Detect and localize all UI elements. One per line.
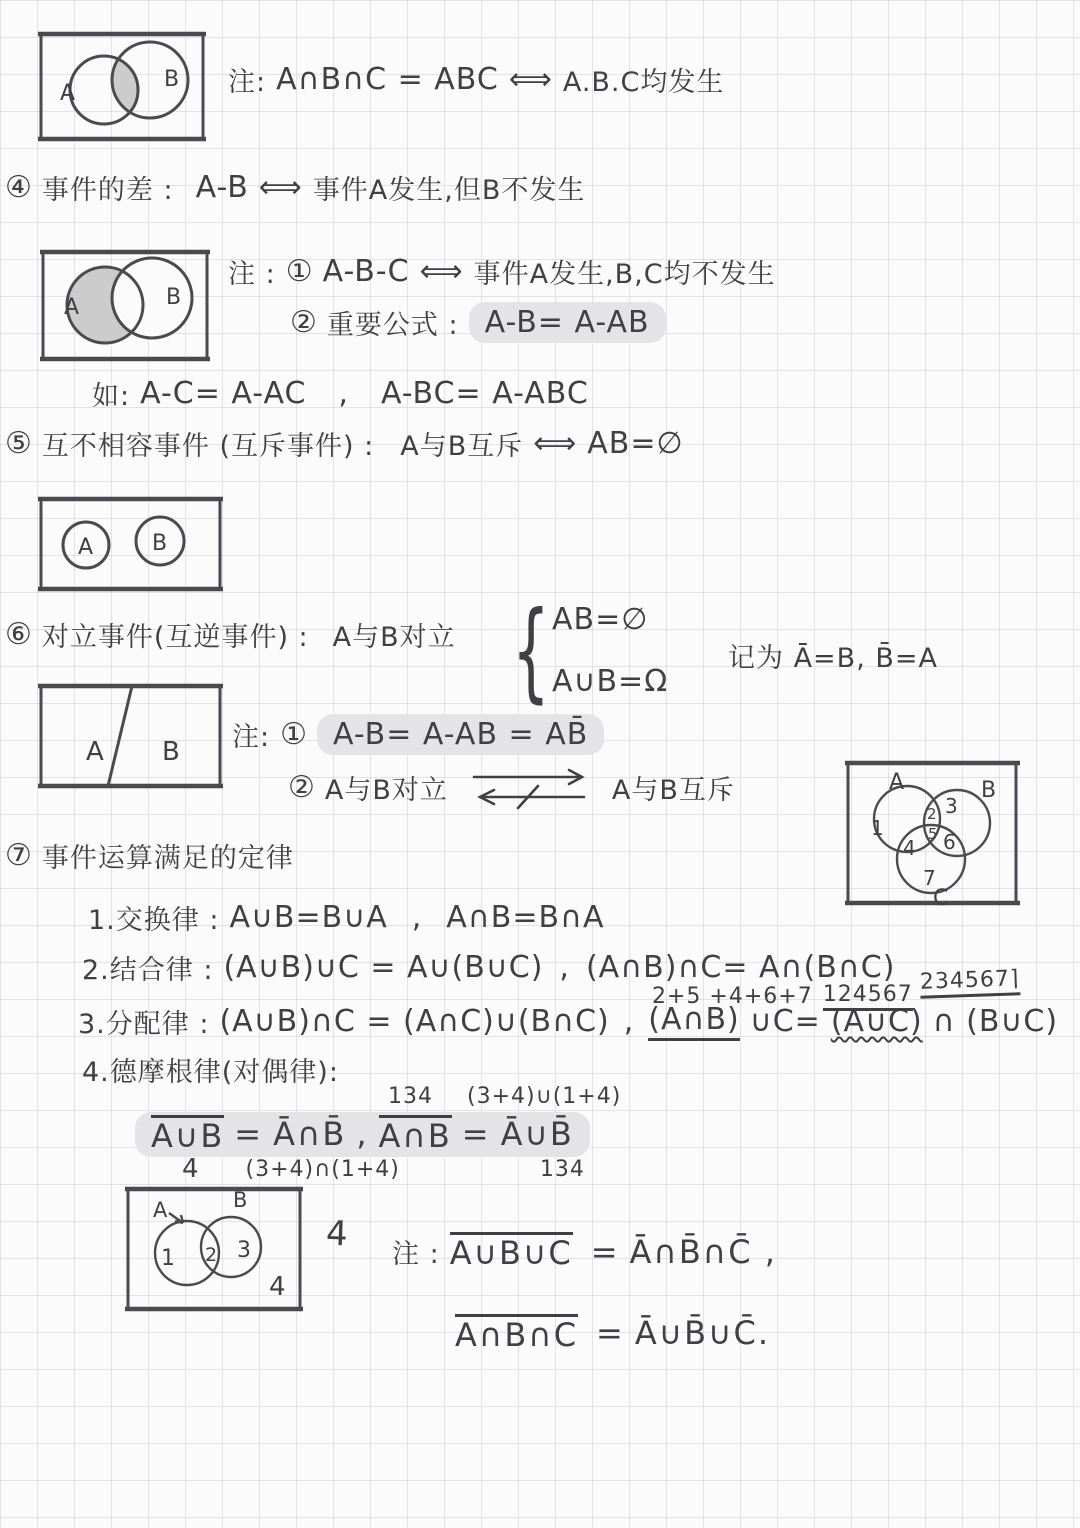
venn7-label-a: A [889,770,904,795]
example-label: 如: [92,374,130,413]
law2-annotation-right: 234567⌉ [920,966,1021,998]
venn7-region-4: 4 [903,836,916,860]
dm-rhs1: Ā∩B̄ [273,1115,346,1153]
venn6-region-1: 1 [161,1246,175,1271]
section6-note1: 注: ① A-B= A-AB = AB̄ [232,714,604,755]
demorgan-highlight: A∪B = Ā∩B̄ , A∩B = Ā∪B̄ [135,1112,590,1157]
note-label: 注: [232,715,270,754]
annotation-134: 134 [388,1084,433,1109]
venn6-region-2: 2 [205,1244,217,1266]
handwritten-notes-page: A B 注: A∩B∩C = ABC ⟺ A.B.C均发生 ④ 事件的差 : A… [0,0,1080,1528]
iff-arrow-icon: ⟺ [533,426,577,461]
note1-desc: 事件A发生,B,C均不发生 [474,252,776,291]
venn-disjoint: A B [38,495,223,593]
section5-condition: A与B互斥 [400,424,523,463]
section6-number: ⑥ [5,617,32,652]
note2-title: 重要公式 : [327,303,459,342]
section4-note1: 注 : ① A-B-C ⟺ 事件A发生,B,C均不发生 [228,252,776,291]
note-label: 注: [228,60,266,99]
section6-title: 对立事件(互逆事件) : [42,615,309,654]
note-label: 注 : [228,252,276,291]
final-rhs2: Ā∪B̄∪C̄. [635,1314,770,1352]
outer-region-4: 4 [325,1214,349,1255]
remark-text: 记为 Ā=B, B̄=A [728,636,938,675]
iff-arrow-icon: ⟺ [509,62,553,97]
law4-name: 4.德摩根律(对偶律): [82,1050,339,1089]
note1-formula-highlighted: A-B= A-AB = AB̄ [317,714,604,755]
section5-title: 互不相容事件 (互斥事件) : [42,424,374,463]
section4-heading: ④ 事件的差 : A-B ⟺ 事件A发生,但B不发生 [5,168,585,207]
one-way-implication-arrows-icon [466,764,594,810]
venn7-region-5: 5 [928,825,938,843]
comma: , [559,950,570,985]
dm-rhs2: Ā∪B̄ [501,1115,574,1153]
note1-number: ① [286,254,313,289]
section5-number: ⑤ [5,426,32,461]
outer-4-text: 4 [325,1214,349,1255]
venn7-region-3: 3 [945,794,958,818]
section4-formula: A-B [196,170,249,205]
note2-number: ② [290,305,317,340]
annotation-union: (3+4)∪(1+4) [467,1084,621,1109]
note2-number: ② [288,770,315,805]
final-lhs2-overlined: A∩B∩C [455,1314,578,1353]
equals: = [462,1115,491,1153]
venn6-region-3: 3 [237,1238,251,1263]
annotation-134b: 134 [540,1157,585,1182]
law3-name: 3.分配律 : [78,1002,209,1041]
iff-arrow-icon: ⟺ [259,170,303,205]
note1-number: ① [280,717,307,752]
venn2-label-a: A [64,295,79,320]
case2-formula: A∪B=Ω [552,664,668,699]
law2-formula2: (A∩B)∩C= A∩(B∩C) [586,950,895,985]
section7-number: ⑦ [5,838,32,873]
case1-formula: AB=∅ [552,602,648,637]
example-formula2: A-BC= A-ABC [381,376,589,411]
venn3-label-a: A [78,535,93,560]
venn6-label-a: A [153,1198,168,1222]
note2-left: A与B对立 [325,768,448,807]
comma: , [356,1115,368,1153]
iff-arrow-icon: ⟺ [420,254,464,289]
demorgan-formulas: A∪B = Ā∩B̄ , A∩B = Ā∪B̄ [135,1112,590,1157]
demorgan-annotation-top: 134 (3+4)∪(1+4) [388,1084,621,1109]
law3-tail: ∩ (B∪C) [933,1004,1058,1039]
section6-case2: A∪B=Ω [552,664,668,699]
venn1-label-b: B [164,67,179,92]
note-desc: A.B.C均发生 [563,60,725,99]
final-lhs1-overlined: A∪B∪C [450,1232,573,1271]
venn2-label-b: B [166,285,181,310]
venn6-region-4: 4 [269,1272,286,1302]
venn-complement-split: A B [38,682,223,790]
note-label: 注 : [392,1232,440,1271]
law3-mid: ∪C= [750,1004,821,1039]
dm-lhs1-overlined: A∪B [151,1115,224,1154]
equals: = [234,1115,263,1153]
section6-remark: 记为 Ā=B, B̄=A [728,636,938,675]
example-formula1: A-C= A-AC [140,376,306,411]
venn-three-circles: A B C 1 2 3 4 5 6 7 [845,757,1020,909]
venn-intersection-shaded: A B [38,30,206,143]
equals: = [591,1233,620,1271]
law3-formula1: (A∪B)∩C = (A∩C)∪(B∩C) [219,1004,609,1039]
venn-difference-shaded: A B [40,248,210,363]
demorgan-annotation-bottom: 4 (3+4)∩(1+4) 134 [182,1154,585,1184]
venn7-label-b: B [981,778,996,803]
law-commutative: 1.交换律 : A∪B=B∪A , A∩B=B∩A [88,898,605,937]
law2-annotation-digits2: 234567⌉ [920,966,1021,998]
law1-name: 1.交换律 : [88,898,219,937]
venn1-label-a: A [60,81,75,106]
venn6-label-b: B [233,1188,247,1212]
section6-condition: A与B对立 [333,615,456,654]
venn4-label-a: A [86,737,104,767]
section6-case1: AB=∅ [552,602,648,637]
note-intersection: 注: A∩B∩C = ABC ⟺ A.B.C均发生 [228,60,724,99]
final-rhs1: Ā∩B̄∩C̄ , [630,1233,777,1271]
section7-title: 事件运算满足的定律 [42,836,294,875]
law2-name: 2.结合律 : [82,948,213,987]
annotation-4: 4 [182,1154,200,1184]
equals: = [596,1314,625,1352]
final-note-line2: A∩B∩C = Ā∪B̄∪C̄. [455,1314,770,1353]
section7-heading: ⑦ 事件运算满足的定律 [5,836,294,875]
section6-note2: ② A与B对立 A与B互斥 [288,764,735,810]
law-distributive: 3.分配律 : (A∪B)∩C = (A∩C)∪(B∩C) , (A∩B) ∪C… [78,1002,1058,1041]
venn7-region-2: 2 [927,805,937,823]
brace-icon: { [512,598,550,706]
section4-title: 事件的差 : [42,168,174,207]
note2-formula-highlighted: A-B= A-AB [469,302,666,343]
venn-two-circles-numbered: A B 1 2 3 4 [125,1185,303,1313]
venn4-label-b: B [162,737,180,767]
venn7-region-1: 1 [871,816,884,840]
law-demorgan-heading: 4.德摩根律(对偶律): [82,1050,339,1089]
comma: , [338,376,349,411]
law1-formula1: A∪B=B∪A [229,900,387,935]
note2-right: A与B互斥 [612,768,735,807]
comma: , [624,1004,635,1039]
annotation-intersect: (3+4)∩(1+4) [246,1157,400,1182]
law3-underlined1: (A∩B) [648,1002,739,1041]
venn3-label-b: B [152,531,167,556]
note-formula: A∩B∩C = ABC [276,62,499,97]
law3-underlined2: (A∪C) [831,1004,923,1039]
section4-example: 如: A-C= A-AC , A-BC= A-ABC [92,374,589,413]
law1-formula2: A∩B=B∩A [446,900,604,935]
note1-formula: A-B-C [323,254,410,289]
section4-note2: ② 重要公式 : A-B= A-AB [290,302,666,343]
venn7-region-7: 7 [923,866,936,890]
comma: , [412,900,423,935]
law2-formula1: (A∪B)∪C = A∪(B∪C) [223,950,543,985]
final-note-line1: 注 : A∪B∪C = Ā∩B̄∩C̄ , [392,1232,777,1271]
section5-formula: AB=∅ [587,426,683,461]
section4-desc: 事件A发生,但B不发生 [313,168,586,207]
section6-heading: ⑥ 对立事件(互逆事件) : A与B对立 [5,615,456,654]
section5-heading: ⑤ 互不相容事件 (互斥事件) : A与B互斥 ⟺ AB=∅ [5,424,684,463]
venn7-region-6: 6 [943,830,956,854]
section4-number: ④ [5,170,32,205]
dm-lhs2-overlined: A∩B [379,1115,452,1154]
